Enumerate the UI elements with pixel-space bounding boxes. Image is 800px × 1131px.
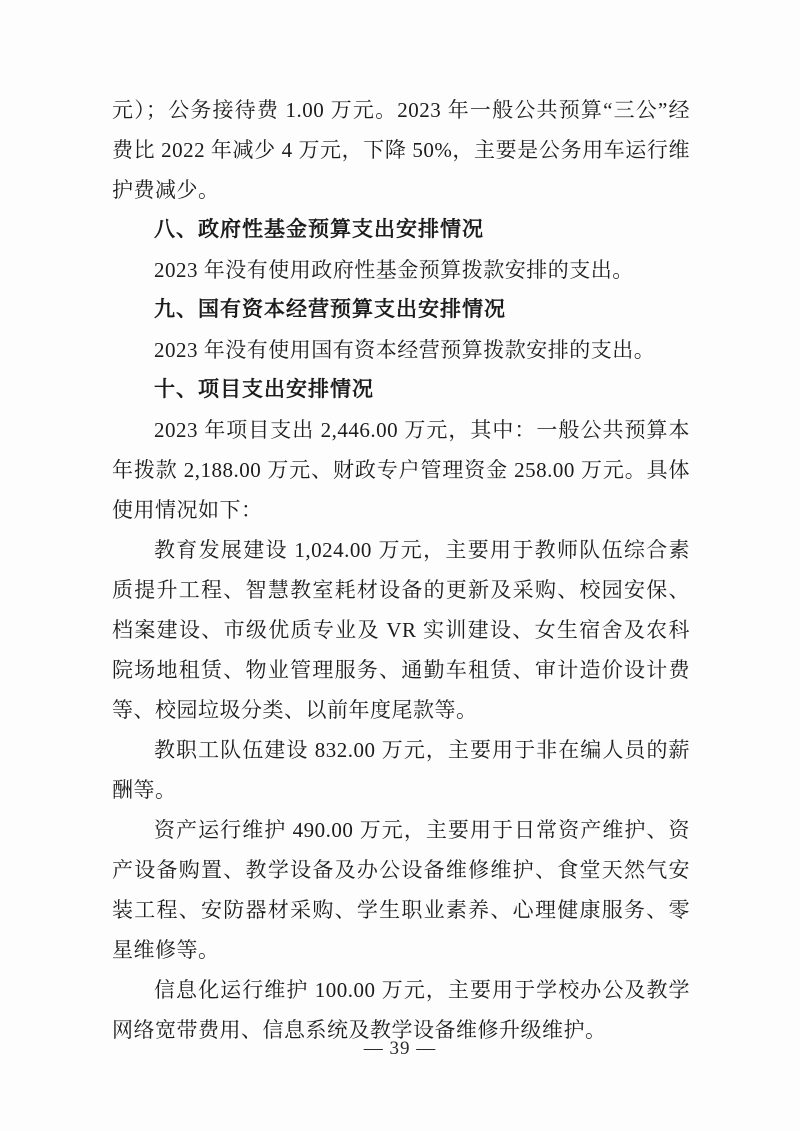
document-body: 元）；公务接待费 1.00 万元。2023 年一般公共预算“三公”经费比 202… [112, 90, 690, 1050]
section-heading-8-government-fund-budget: 八、政府性基金预算支出安排情况 [112, 210, 690, 250]
paragraph-asset-operation-maintenance: 资产运行维护 490.00 万元，主要用于日常资产维护、资产设备购置、教学设备及… [112, 810, 690, 970]
document-page: 元）；公务接待费 1.00 万元。2023 年一般公共预算“三公”经费比 202… [0, 0, 800, 1131]
page-number: — 39 — [364, 1038, 437, 1059]
paragraph-faculty-team-building: 教职工队伍建设 832.00 万元，主要用于非在编人员的薪酬等。 [112, 730, 690, 810]
section-heading-9-state-capital-budget: 九、国有资本经营预算支出安排情况 [112, 290, 690, 330]
paragraph-government-fund-none: 2023 年没有使用政府性基金预算拨款安排的支出。 [112, 250, 690, 290]
paragraph-project-expenditure-total: 2023 年项目支出 2,446.00 万元，其中：一般公共预算本年拨款 2,1… [112, 410, 690, 530]
paragraph-state-capital-none: 2023 年没有使用国有资本经营预算拨款安排的支出。 [112, 330, 690, 370]
paragraph-continuation-sangong-expense: 元）；公务接待费 1.00 万元。2023 年一般公共预算“三公”经费比 202… [112, 90, 690, 210]
page-footer: — 39 — [0, 1038, 800, 1060]
paragraph-education-development: 教育发展建设 1,024.00 万元，主要用于教师队伍综合素质提升工程、智慧教室… [112, 530, 690, 730]
section-heading-10-project-expenditure: 十、项目支出安排情况 [112, 370, 690, 410]
